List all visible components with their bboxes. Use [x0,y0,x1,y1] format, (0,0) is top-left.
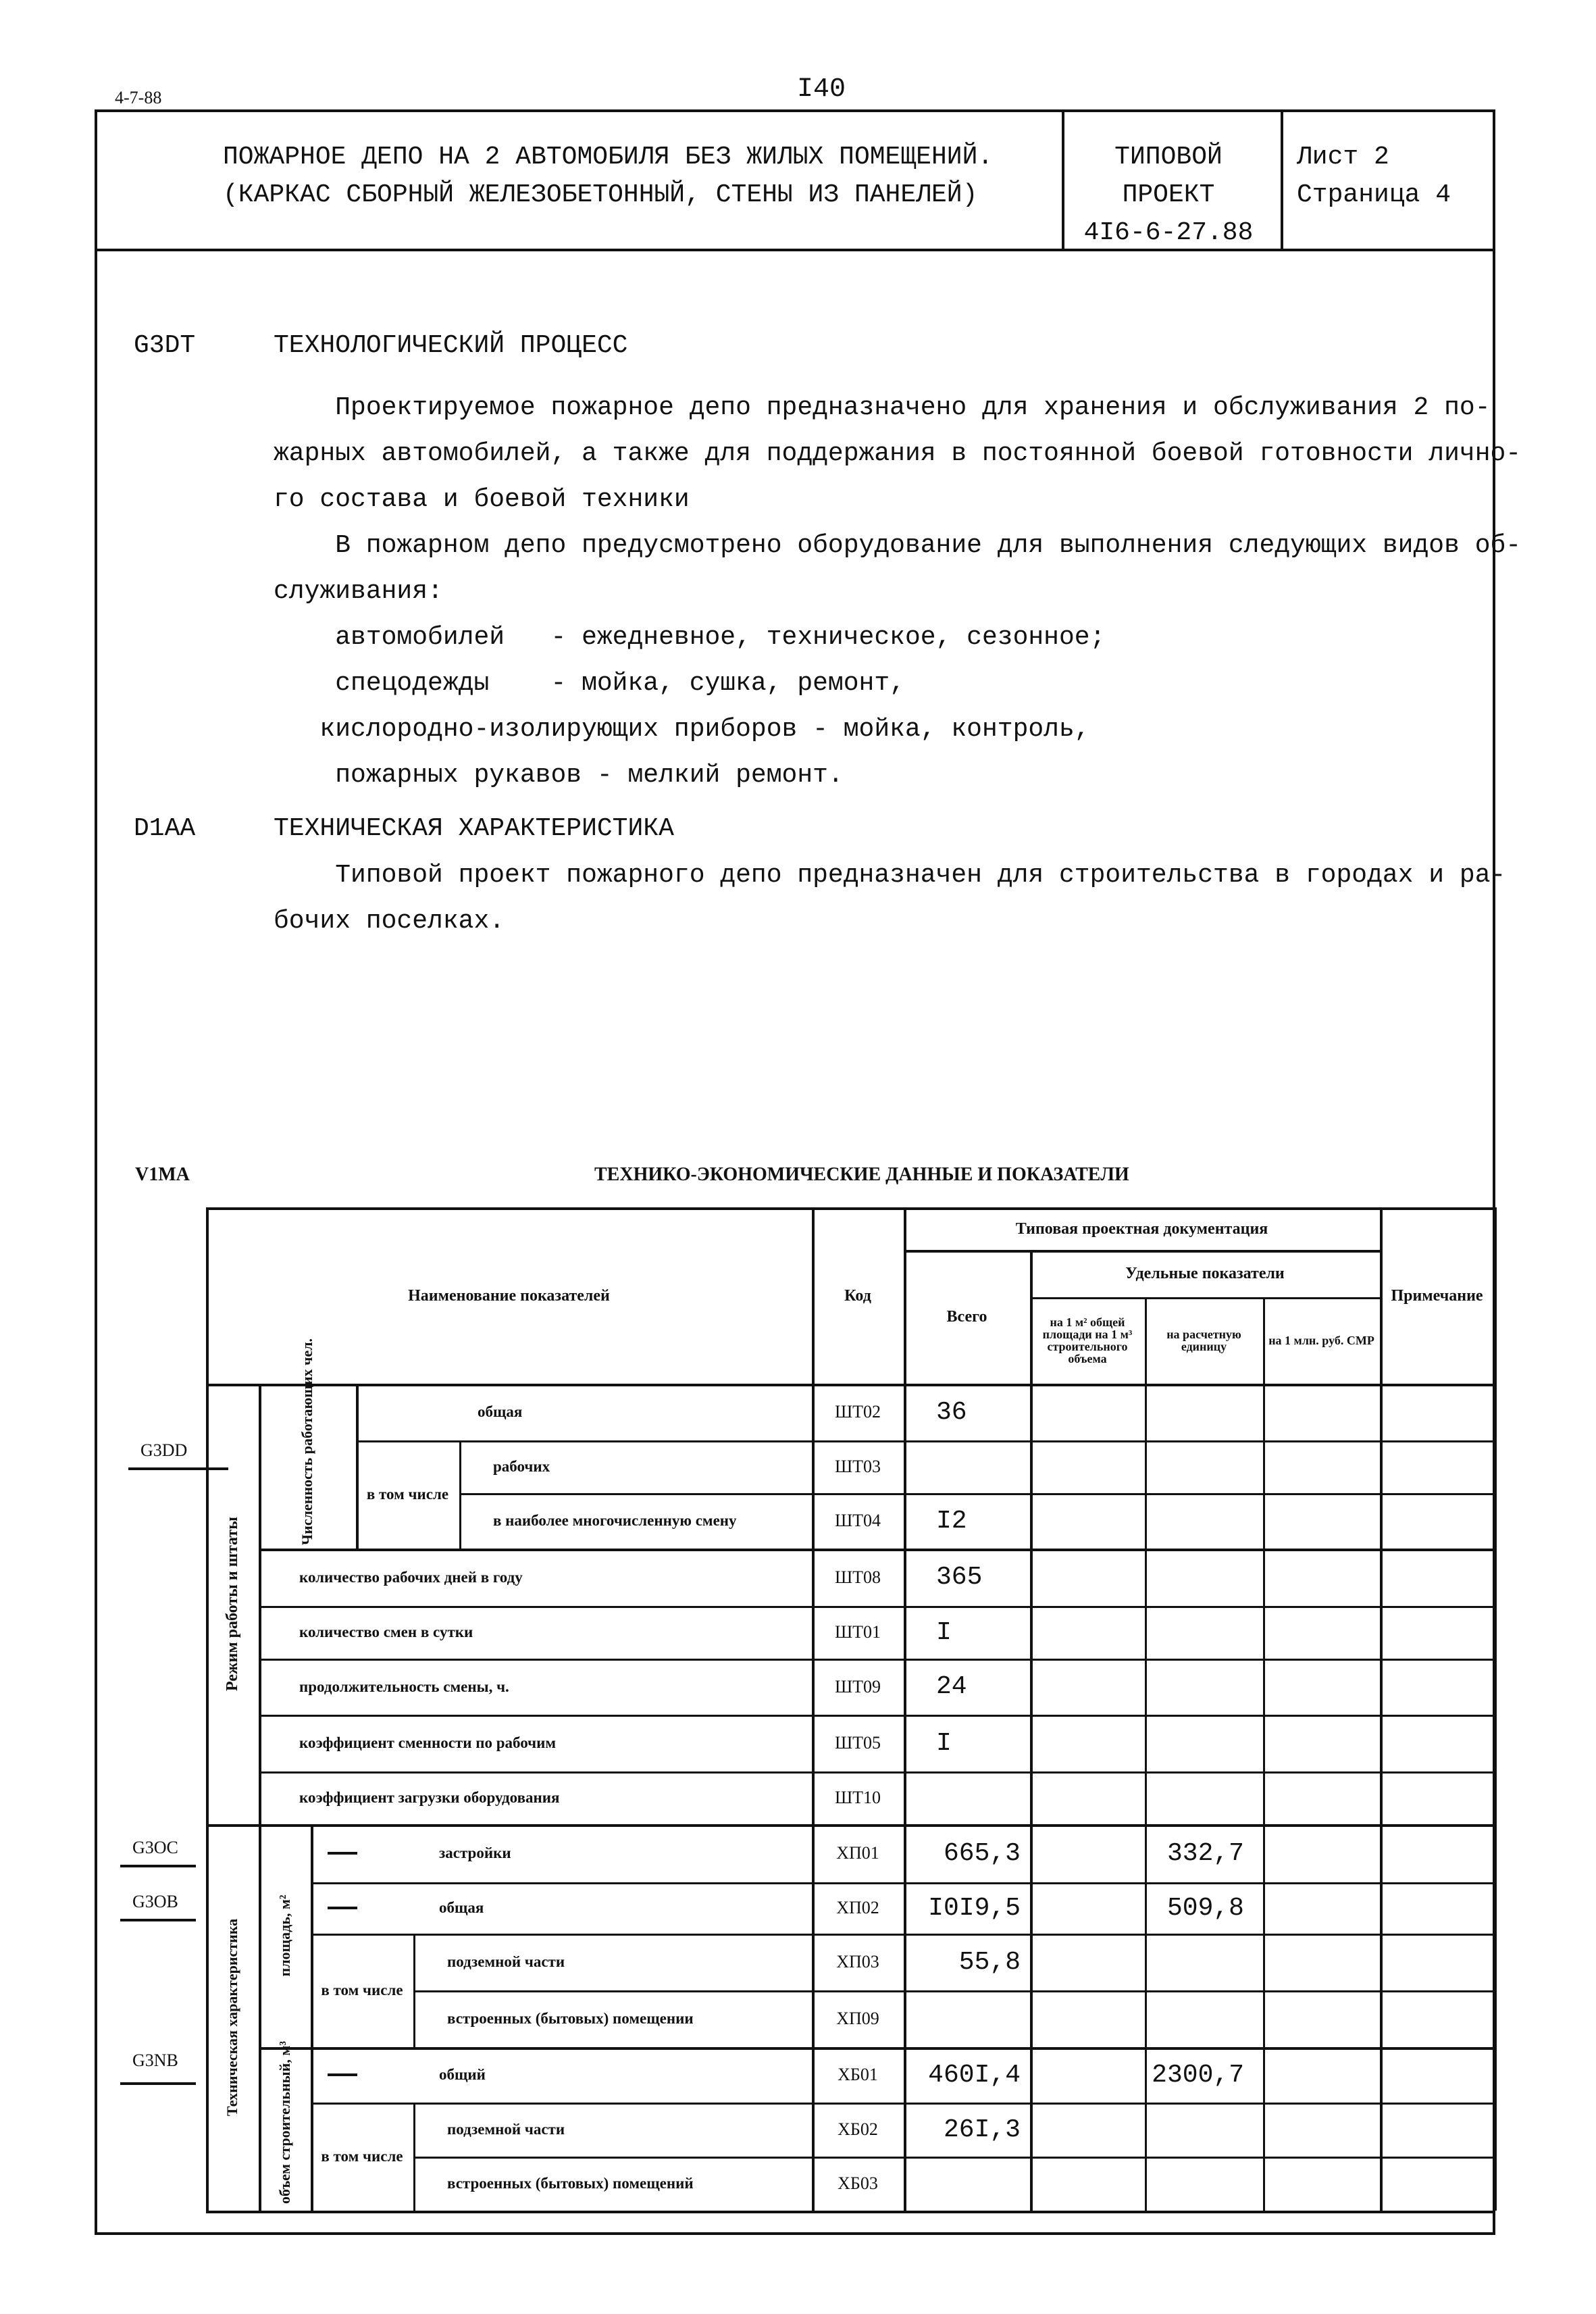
row-per-unit [1145,1934,1263,1990]
row-per-mln [1263,1606,1380,1659]
row-code: ШТ01 [812,1606,904,1659]
row-per-unit [1145,1384,1263,1440]
paragraph-line: служивания: [274,569,1521,615]
paragraph-line: Типовой проект пожарного депо предназнач… [274,853,1505,899]
row-total: I2 [904,1493,1030,1549]
header-note: Примечание [1380,1207,1494,1384]
header-name: Наименование показателей [206,1207,812,1384]
row-name: общая [356,1384,812,1440]
section-heading-tech-spec: ТЕХНИЧЕСКАЯ ХАРАКТЕРИСТИКА [274,814,674,843]
row-name: коэффициент загрузки оборудования [259,1771,812,1824]
row-per-m2 [1030,1934,1145,1990]
paragraph-line: спецодежды - мойка, сушка, ремонт, [274,661,1521,707]
row-marker-line [120,2082,196,2085]
row-per-unit [1145,1493,1263,1549]
group-label-work-mode: Режим работы и штаты [223,1390,242,1817]
row-note [1380,2157,1494,2211]
row-per-unit [1145,1771,1263,1824]
paragraph-line: автомобилей - ежедневное, техническое, с… [274,615,1521,661]
row-note [1380,1882,1494,1934]
row-per-m2 [1030,1882,1145,1934]
row-name: количество рабочих дней в году [259,1549,812,1606]
row-per-m2 [1030,1824,1145,1882]
title-block-title: ПОЖАРНОЕ ДЕПО НА 2 АВТОМОБИЛЯ БЕЗ ЖИЛЫХ … [223,139,993,214]
row-name: в наиболее многочисленную смену [459,1493,812,1549]
row-per-m2 [1030,1606,1145,1659]
row-per-mln [1263,1384,1380,1440]
row-per-mln [1263,2047,1380,2103]
row-code: ШТ04 [812,1493,904,1549]
row-per-mln [1263,1493,1380,1549]
row-name: продолжительность смены, ч. [259,1659,812,1715]
row-code: ХП09 [812,1990,904,2047]
header-per-m2: на 1 м² общей площади на 1 м³ строительн… [1030,1297,1145,1384]
row-total [904,1990,1030,2047]
section-code-g3dt: G3DT [134,331,195,360]
group-label-tech-spec: Техническая характеристика [223,1831,242,2204]
row-per-unit [1145,1549,1263,1606]
row-code: ШТ03 [812,1440,904,1493]
header-per-unit: на расчетную единицу [1145,1297,1263,1384]
row-per-m2 [1030,1715,1145,1771]
row-note [1380,1659,1494,1715]
sheet-block: Лист 2 Страница 4 [1297,139,1451,214]
row-per-m2 [1030,1990,1145,2047]
page-label: Страница 4 [1297,176,1451,214]
header-typical-docs: Типовая проектная документация [904,1207,1380,1250]
row-total: I [904,1715,1030,1771]
row-note [1380,1824,1494,1882]
row-code: ШТ02 [812,1384,904,1440]
row-code: ШТ09 [812,1659,904,1715]
row-name: встроенных (бытовых) помещении [413,1990,812,2047]
table-rule [1494,1207,1497,2211]
header-per-mln: на 1 млн. руб. СМР [1263,1297,1380,1384]
project-label: ТИПОВОЙ ПРОЕКТ [1067,139,1270,214]
subgroup-label-area: площадь, м² [276,1831,294,2040]
row-per-unit: 332,7 [1145,1824,1263,1882]
row-marker: G3NB [132,2051,178,2071]
title-line-1: ПОЖАРНОЕ ДЕПО НА 2 АВТОМОБИЛЯ БЕЗ ЖИЛЫХ … [223,139,993,176]
row-per-mln [1263,1990,1380,2047]
paragraph-line: В пожарном депо предусмотрено оборудован… [274,523,1521,569]
sheet-number: Лист 2 [1297,139,1451,176]
title-block-divider [95,249,1495,251]
dash-mark [328,1907,357,1909]
row-per-mln [1263,1934,1380,1990]
row-code: ХП01 [812,1824,904,1882]
row-code: ШТ08 [812,1549,904,1606]
row-total: 665,3 [904,1824,1030,1882]
section-body-tech-process: Проектируемое пожарное депо предназначен… [274,385,1521,799]
row-note [1380,1934,1494,1990]
row-per-mln [1263,1771,1380,1824]
row-total: I [904,1606,1030,1659]
row-note [1380,1606,1494,1659]
row-total [904,1440,1030,1493]
paragraph-line: бочих поселках. [274,899,1505,945]
row-marker-line [120,1865,196,1867]
row-per-mln [1263,1824,1380,1882]
incl-label-area: в том числе [311,1934,413,2047]
row-per-m2 [1030,1440,1145,1493]
row-note [1380,1384,1494,1440]
row-per-unit [1145,1990,1263,2047]
row-per-unit [1145,1440,1263,1493]
row-total: 36 [904,1384,1030,1440]
table-code: V1MA [135,1164,190,1186]
row-per-mln [1263,1882,1380,1934]
row-code: ШТ05 [812,1715,904,1771]
row-code: ХБ02 [812,2103,904,2157]
section-heading-tech-process: ТЕХНОЛОГИЧЕСКИЙ ПРОЦЕСС [274,331,628,360]
row-note [1380,1990,1494,2047]
row-total: 24 [904,1659,1030,1715]
header-total: Всего [904,1250,1030,1384]
row-per-mln [1263,1549,1380,1606]
row-marker: G3OB [132,1892,178,1912]
header-specific: Удельные показатели [1030,1250,1380,1297]
row-per-m2 [1030,1384,1145,1440]
title-block-sep-2 [1281,109,1283,250]
row-marker: G3DD [140,1440,187,1461]
row-per-unit [1145,1715,1263,1771]
row-total: 26I,3 [904,2103,1030,2157]
row-code: ХБ01 [812,2047,904,2103]
row-note [1380,1440,1494,1493]
table-rule [206,2211,1494,2213]
row-total [904,2157,1030,2211]
row-total: 460I,4 [904,2047,1030,2103]
row-name: коэффициент сменности по рабочим [259,1715,812,1771]
row-name: рабочих [459,1440,812,1493]
row-name: общая [311,1882,812,1934]
row-marker-line [120,1919,196,1921]
row-per-m2 [1030,2047,1145,2103]
row-per-mln [1263,2157,1380,2211]
row-per-m2 [1030,2103,1145,2157]
row-total [904,1771,1030,1824]
row-total: 55,8 [904,1934,1030,1990]
project-block: ТИПОВОЙ ПРОЕКТ 4I6-6-27.88 [1067,139,1270,252]
row-per-m2 [1030,1493,1145,1549]
row-code: ХБ03 [812,2157,904,2211]
paragraph-line: кислородно-изолирующих приборов - мойка,… [274,707,1521,753]
paragraph-line: пожарных рукавов - мелкий ремонт. [274,753,1521,799]
row-name: застройки [311,1824,812,1882]
row-name: подземной части [413,1934,812,1990]
paragraph-line: Проектируемое пожарное депо предназначен… [274,385,1521,431]
row-per-unit [1145,2157,1263,2211]
row-name: общий [311,2047,812,2103]
section-code-d1aa: D1AA [134,814,195,843]
page-number: I40 [797,74,846,105]
paragraph-line: жарных автомобилей, а также для поддержа… [274,431,1521,477]
row-name: встроенных (бытовых) помещений [413,2157,812,2211]
title-block-sep-1 [1062,109,1064,250]
row-per-mln [1263,1659,1380,1715]
incl-label-volume: в том числе [311,2103,413,2211]
row-note [1380,2103,1494,2157]
row-note [1380,1771,1494,1824]
row-per-mln [1263,1440,1380,1493]
table-title: ТЕХНИКО-ЭКОНОМИЧЕСКИЕ ДАННЫЕ И ПОКАЗАТЕЛ… [594,1164,1129,1186]
header-code: Код [812,1207,904,1384]
row-code: ХП03 [812,1934,904,1990]
title-line-2: (КАРКАС СБОРНЫЙ ЖЕЛЕЗОБЕТОННЫЙ, СТЕНЫ ИЗ… [223,176,993,214]
row-per-unit: 2300,7 [1145,2047,1263,2103]
subgroup-label-headcount: Численность работающих чел. [298,1387,317,1545]
row-note [1380,1493,1494,1549]
row-total: I0I9,5 [904,1882,1030,1934]
row-per-mln [1263,1715,1380,1771]
row-marker-line [128,1467,228,1470]
paragraph-line: го состава и боевой техники [274,477,1521,523]
row-per-unit [1145,1606,1263,1659]
project-number: 4I6-6-27.88 [1067,214,1270,252]
section-body-tech-spec: Типовой проект пожарного депо предназнач… [274,853,1505,945]
row-per-unit [1145,2103,1263,2157]
subgroup-label-volume: объем строительный, м³ [276,2054,294,2204]
row-code: ХП02 [812,1882,904,1934]
document-code: 4-7-88 [115,88,161,108]
dash-mark [328,1852,357,1855]
row-per-m2 [1030,1771,1145,1824]
row-per-m2 [1030,1659,1145,1715]
row-total: 365 [904,1549,1030,1606]
row-per-unit [1145,1659,1263,1715]
row-code: ШТ10 [812,1771,904,1824]
row-name: подземной части [413,2103,812,2157]
row-note [1380,2047,1494,2103]
row-per-m2 [1030,2157,1145,2211]
row-note [1380,1549,1494,1606]
row-per-unit: 509,8 [1145,1882,1263,1934]
row-marker: G3OC [132,1838,178,1858]
row-per-m2 [1030,1549,1145,1606]
dash-mark [328,2073,357,2076]
row-per-mln [1263,2103,1380,2157]
incl-label-staff: в том числе [356,1440,459,1549]
row-note [1380,1715,1494,1771]
row-name: количество смен в сутки [259,1606,812,1659]
